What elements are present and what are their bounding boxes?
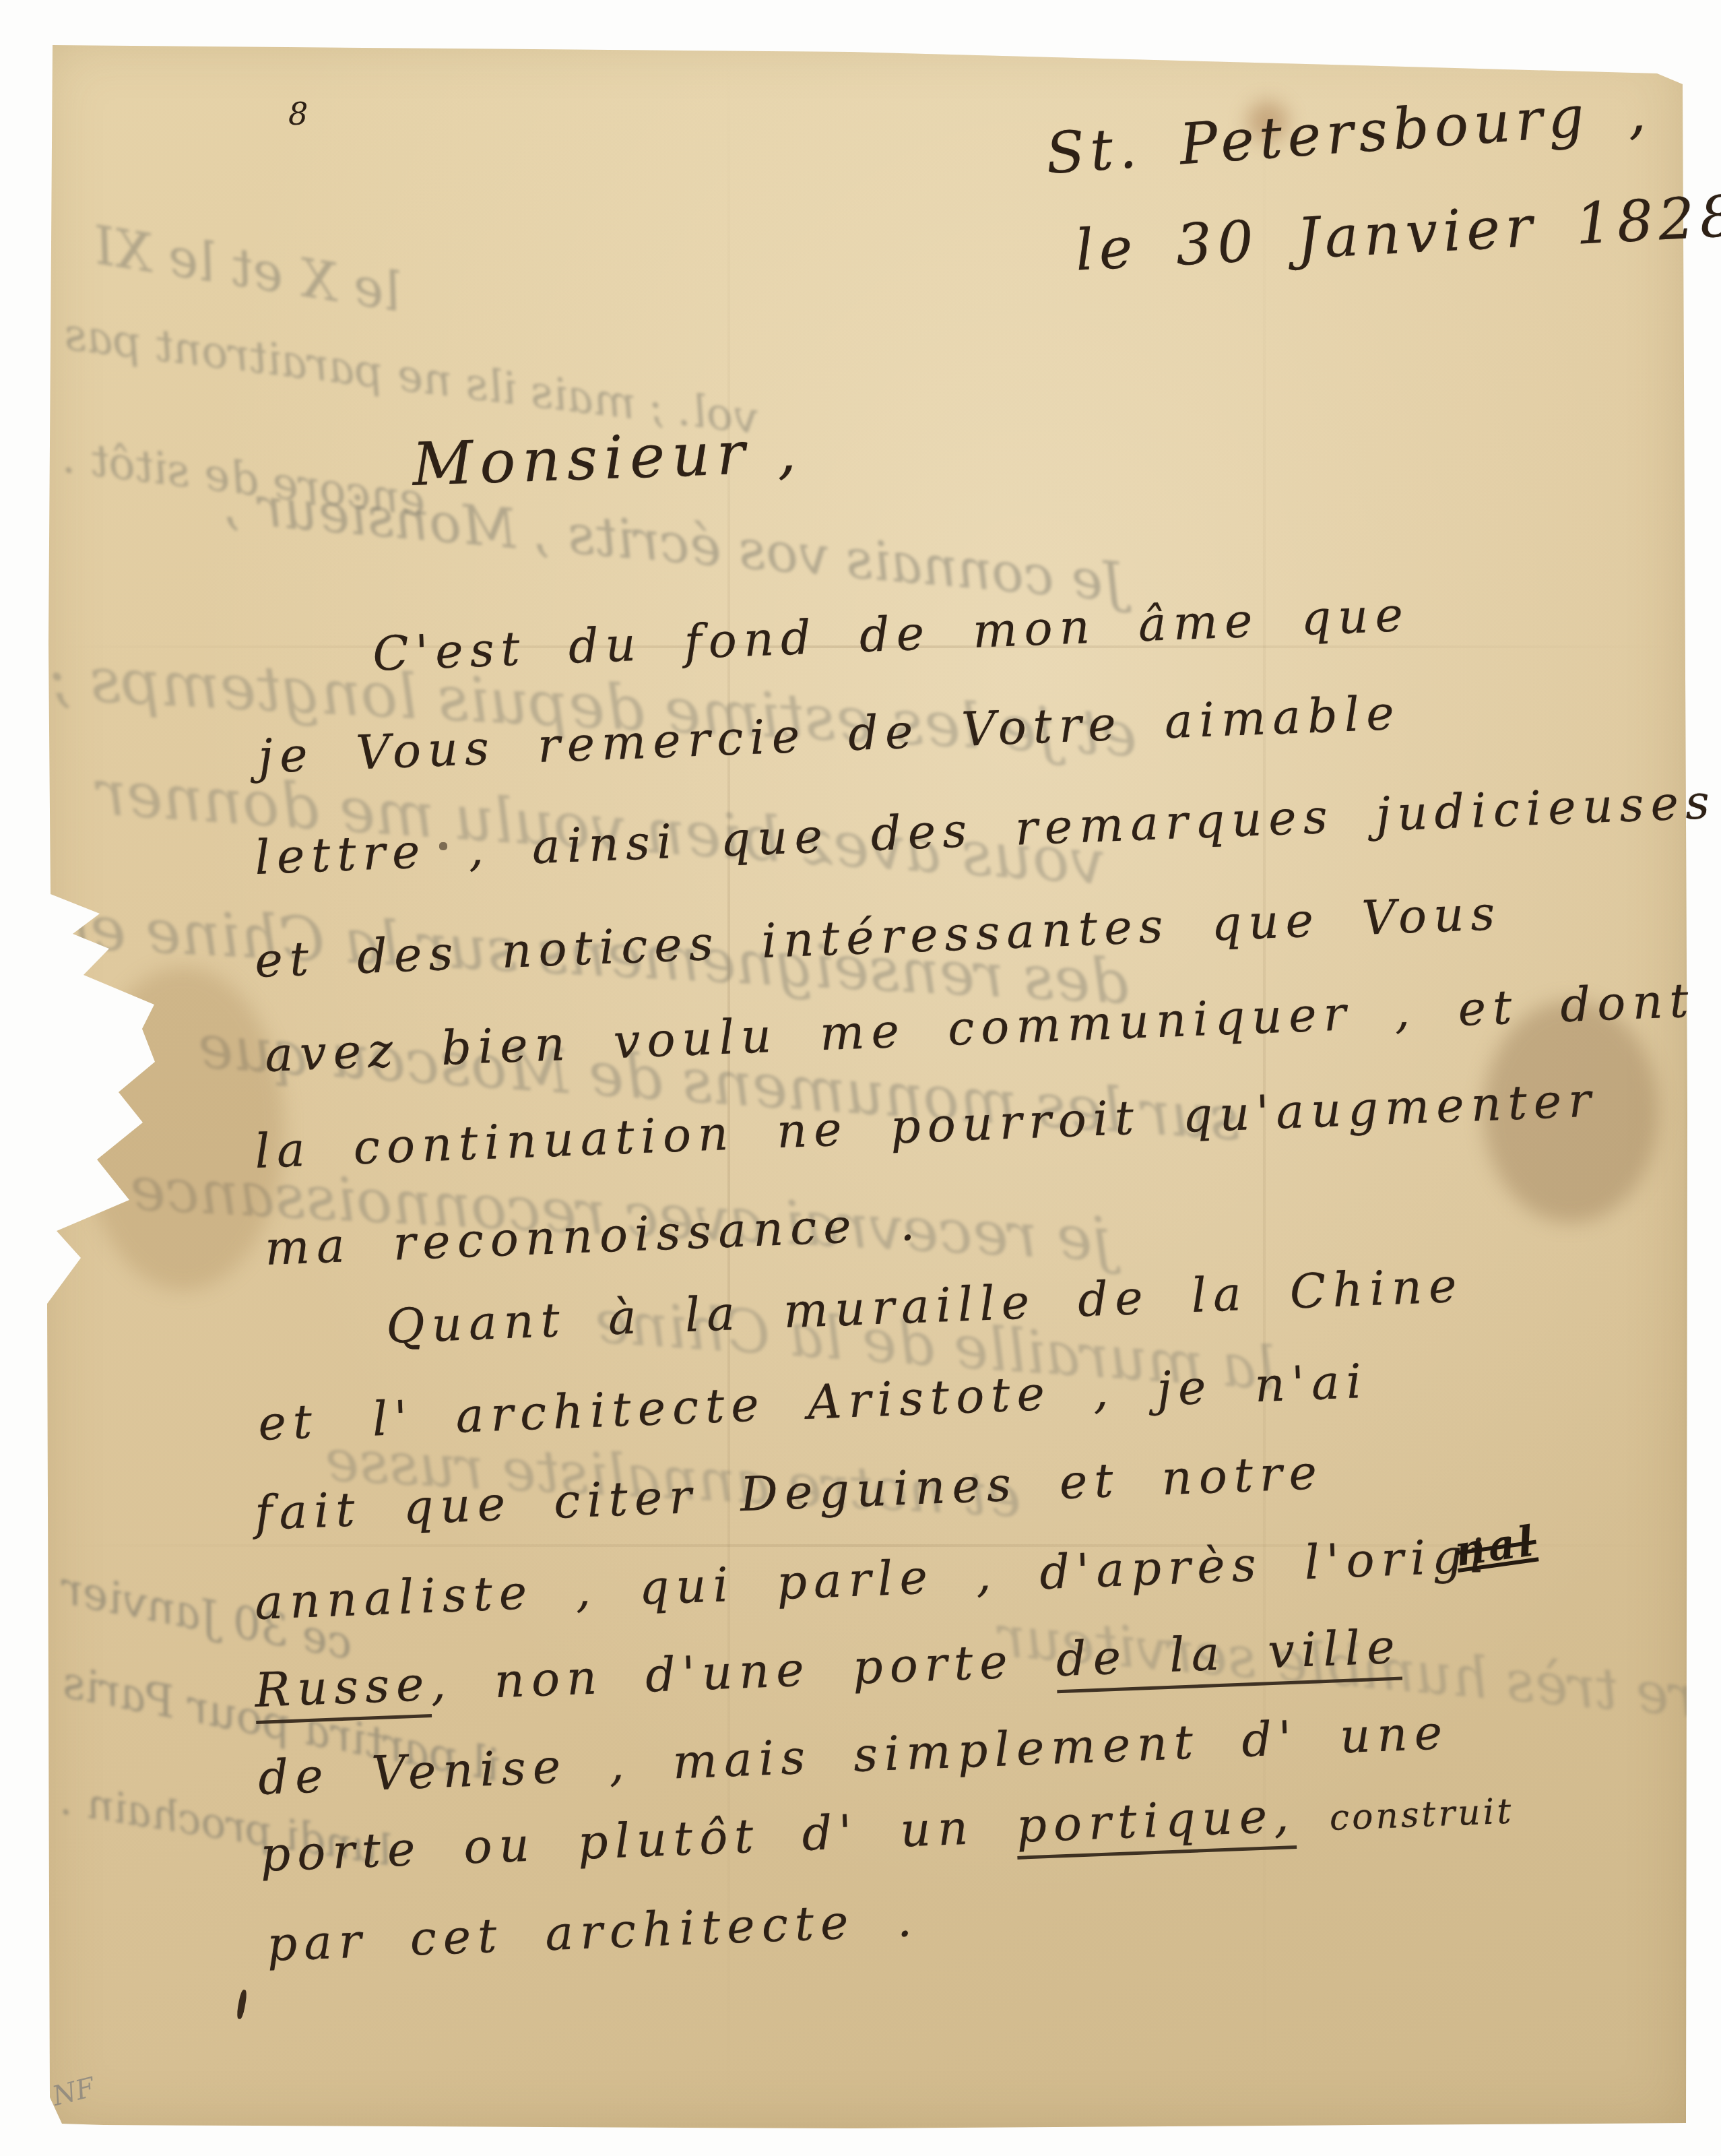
scan-stage: le X et le XI vol. ; mais ils ne paraitr… (0, 0, 1721, 2156)
letter-text-underlined: portique, (1015, 1787, 1297, 1860)
letter-text: construit (1295, 1792, 1514, 1840)
bleedthrough-line: Je connais vos écrits , Monsieur , (222, 473, 1128, 614)
ink-fleck (236, 1989, 247, 2019)
page-number-mark: 8 (288, 96, 308, 132)
letter-text-underlined: Russe (254, 1656, 432, 1724)
letter-text: et (257, 1394, 320, 1451)
bleedthrough-line: le X et le XI (90, 216, 405, 324)
salutation: Monsieur , (411, 416, 804, 499)
fold-crease-vertical (727, 44, 730, 2119)
